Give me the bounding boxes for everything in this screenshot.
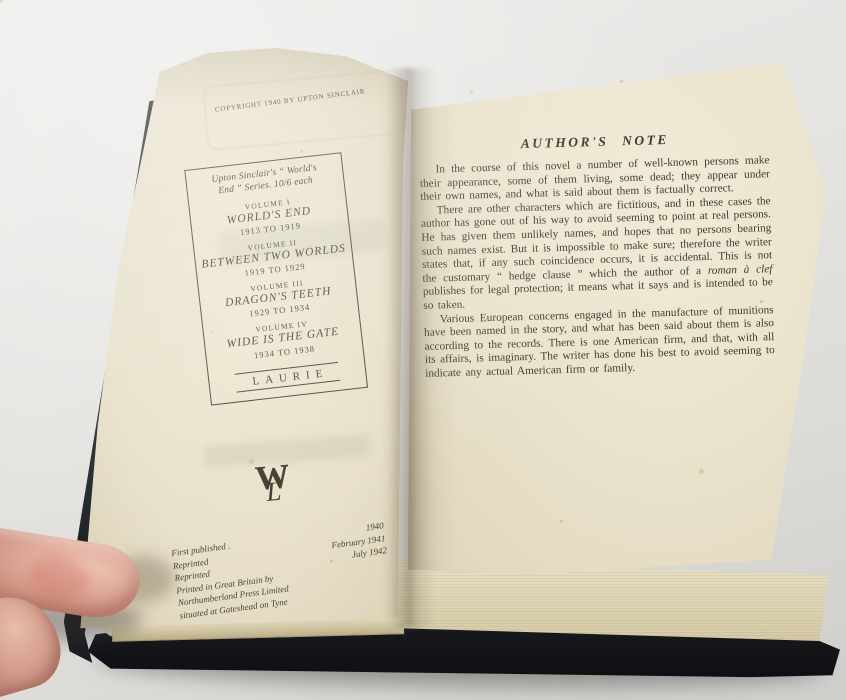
publisher-name: LAURIE (235, 362, 340, 393)
note-paragraph-3: Various European concerns engaged in the… (424, 304, 776, 382)
book-photograph: COPYRIGHT 1940 BY UPTON SINCLAIR Upton S… (0, 0, 846, 700)
werner-laurie-monogram-icon: W L (231, 460, 314, 500)
volume-entry: VOLUME IV WIDE IS THE GATE 1934 TO 1938 (207, 314, 360, 365)
note-paragraph-2: There are other characters which are fic… (421, 195, 774, 313)
authors-note-body: In the course of this novel a number of … (419, 154, 775, 381)
left-page-content: COPYRIGHT 1940 BY UPTON SINCLAIR Upton S… (122, 47, 442, 653)
right-page-content: AUTHOR'S NOTE In the course of this nove… (411, 129, 786, 382)
roman-a-clef-italic: roman à clef (708, 263, 773, 277)
imprint-block: First published . 1940 Reprinted Februar… (171, 519, 393, 622)
series-advert-box: Upton Sinclair's “ World's End ” Series.… (184, 152, 368, 405)
paper-foxing-specks (0, 0, 3, 3)
copyright-line: COPYRIGHT 1940 BY UPTON SINCLAIR (198, 85, 383, 115)
